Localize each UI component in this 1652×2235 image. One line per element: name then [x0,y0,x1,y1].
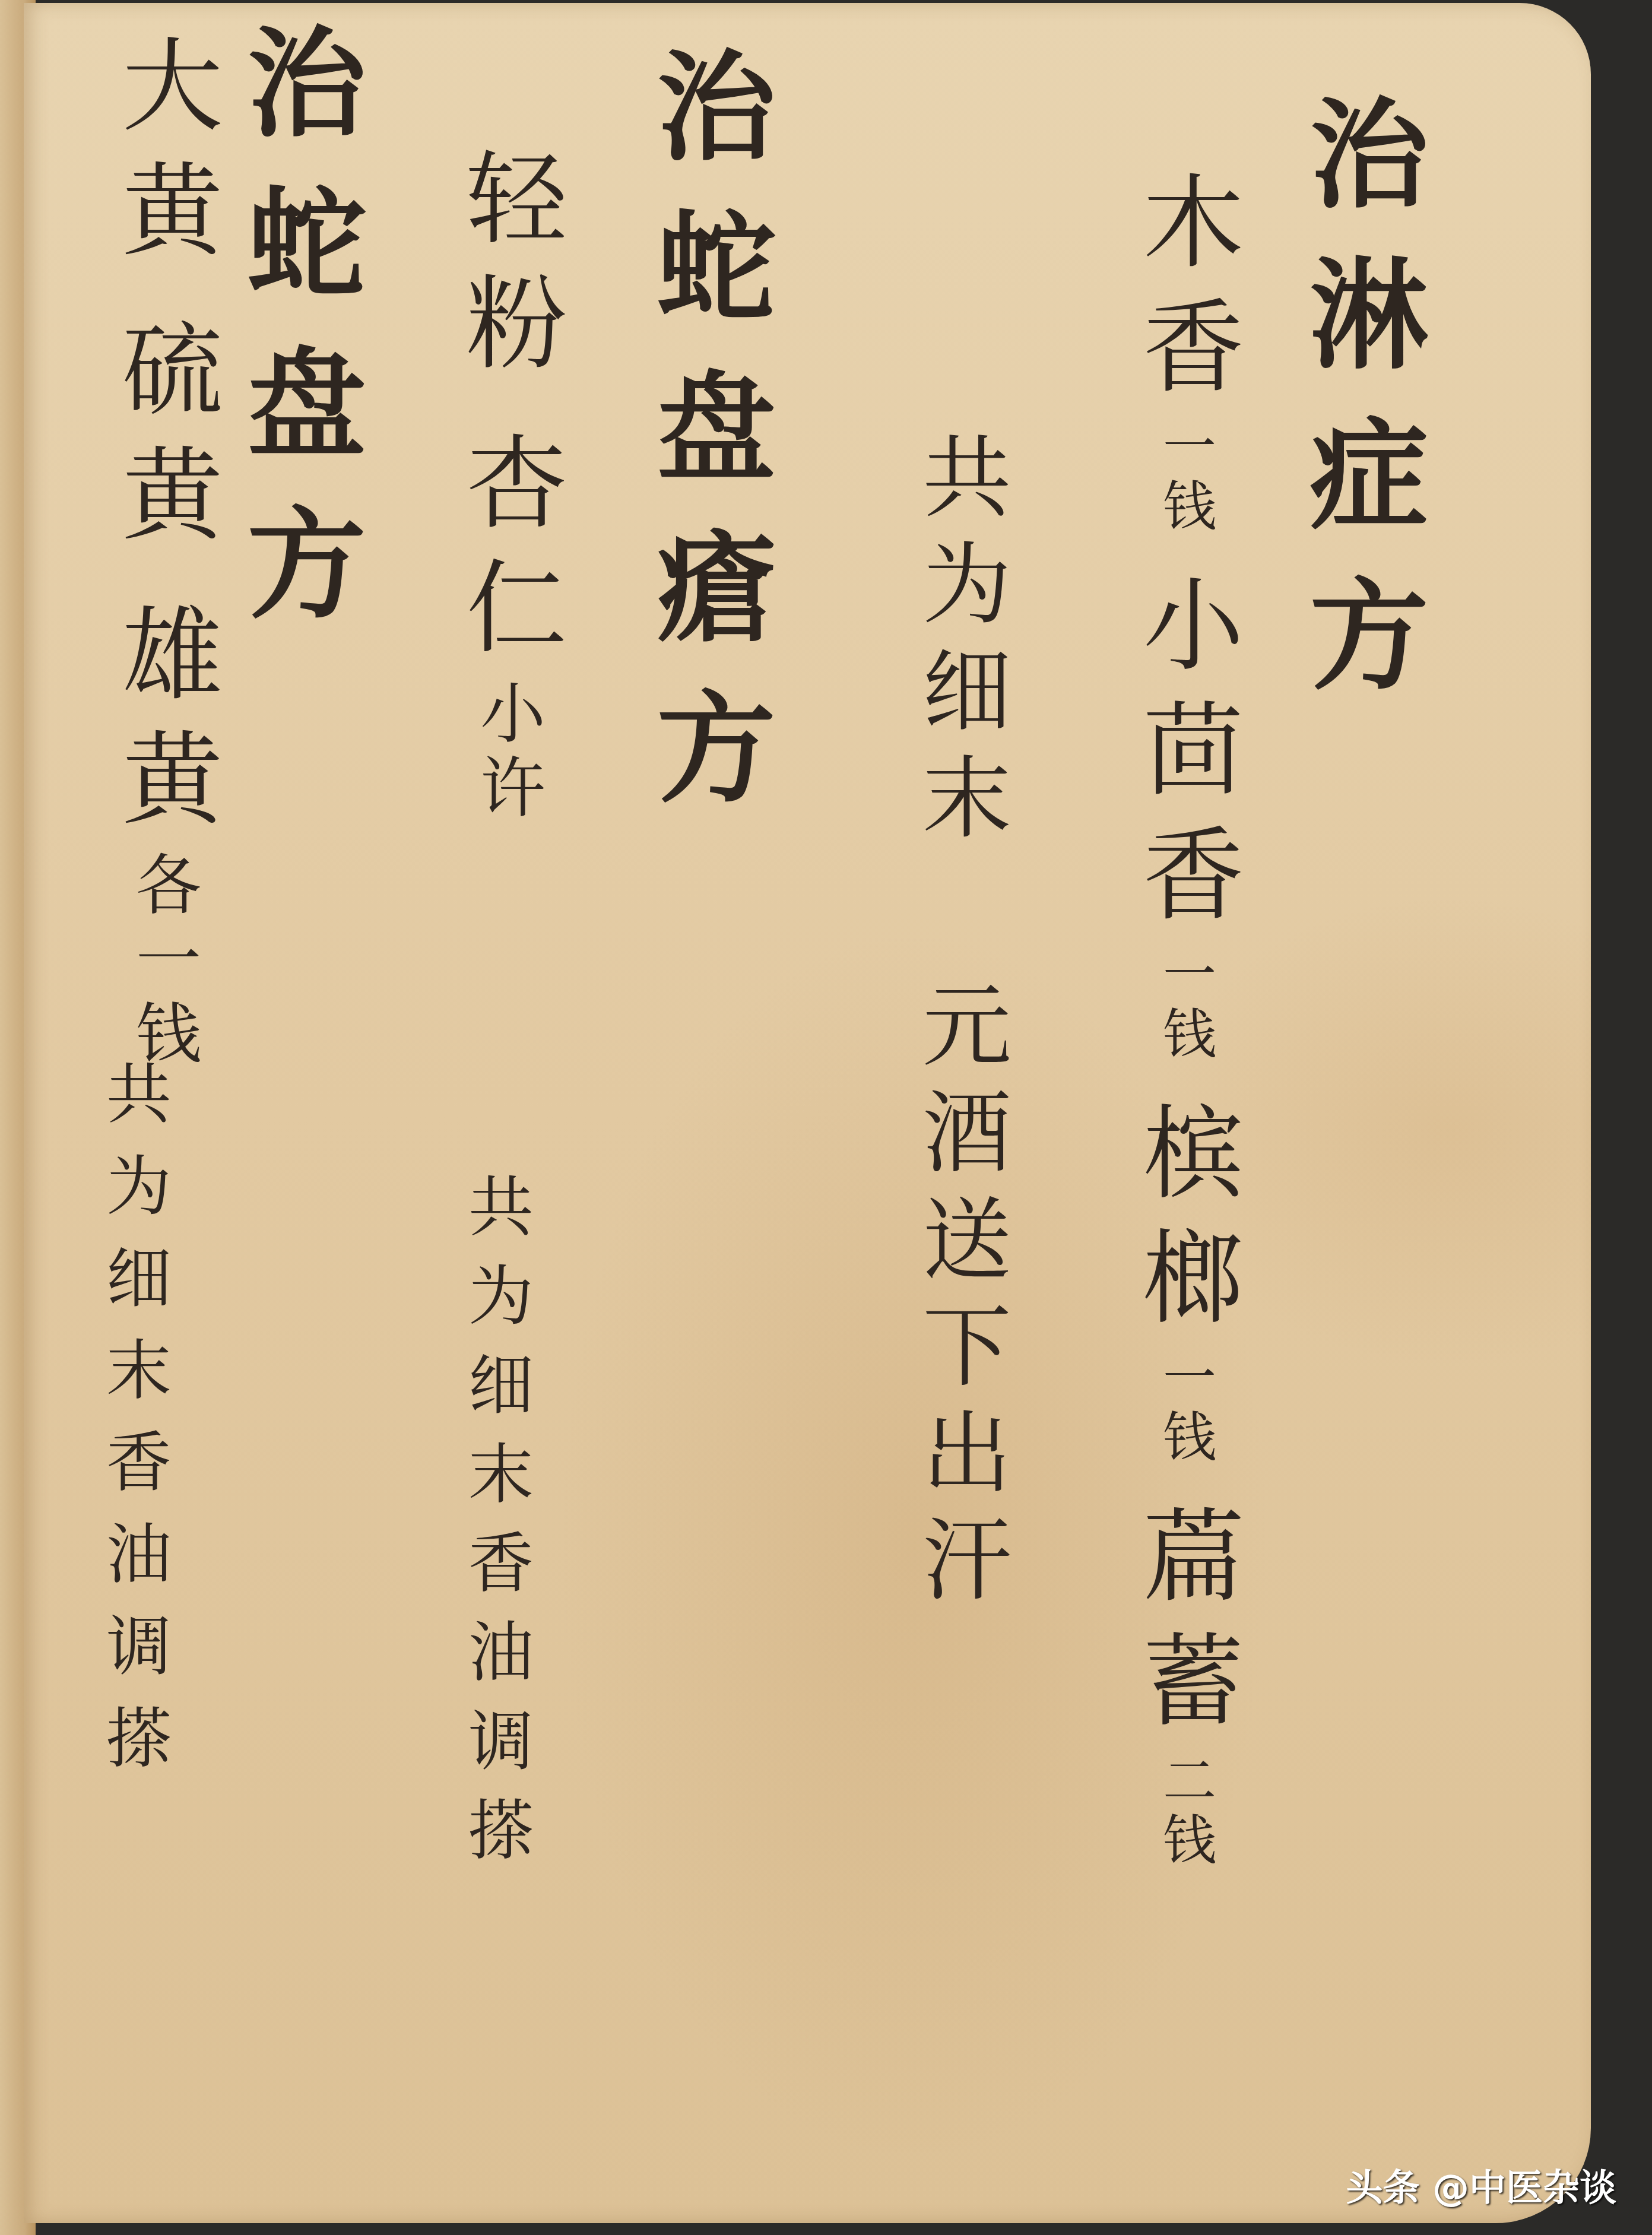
ingredient-name: 大黄 [113,33,214,282]
recipe-1-ingredients: 木香一钱 小茴香一钱 槟榔一钱 萹蓄二钱 [1134,169,1235,1871]
recipe-2-instruction: 共为细末香油调搽 [463,1172,528,1885]
ingredient-dose: 各一钱 [131,851,196,1073]
ingredient-dose: 二钱 [1158,1752,1211,1871]
ingredient-name: 槟榔 [1134,1100,1235,1349]
watermark: 头条 @中医杂谈 [1346,2158,1616,2211]
ingredient-name: 杏仁 [457,430,558,679]
ingredient-dose: 小许 [475,679,540,828]
ingredient-dose: 一钱 [1158,419,1211,537]
ingredient-dose: 一钱 [1158,1349,1211,1468]
ingredient-dose: 一钱 [1158,946,1211,1065]
recipe-3-ingredients: 大黄 硫黄 雄黄各一钱 [113,33,214,1073]
ingredient-name: 萹蓄 [1134,1503,1235,1752]
ingredient-name: 小茴香 [1134,572,1235,946]
ingredient-name: 雄黄 [113,601,214,851]
ingredient-name: 轻粉 [457,145,558,395]
recipe-2-title: 治蛇盘瘡方 [647,45,766,846]
recipe-2-ingredients: 轻粉 杏仁小许 [457,145,558,828]
ingredient-name: 硫黄 [113,317,214,566]
recipe-1-instruction: 共为细末 元酒送下出汗 [914,430,1003,1620]
manuscript-page: 治淋症方 木香一钱 小茴香一钱 槟榔一钱 萹蓄二钱 共为细末 元酒送下出汗 治蛇… [24,3,1591,2223]
recipe-3-title: 治蛇盘方 [237,21,356,662]
recipe-1-title: 治淋症方 [1300,92,1419,733]
recipe-3-instruction: 共为细末香油调搽 [101,1060,166,1796]
ingredient-name: 木香 [1134,169,1235,419]
